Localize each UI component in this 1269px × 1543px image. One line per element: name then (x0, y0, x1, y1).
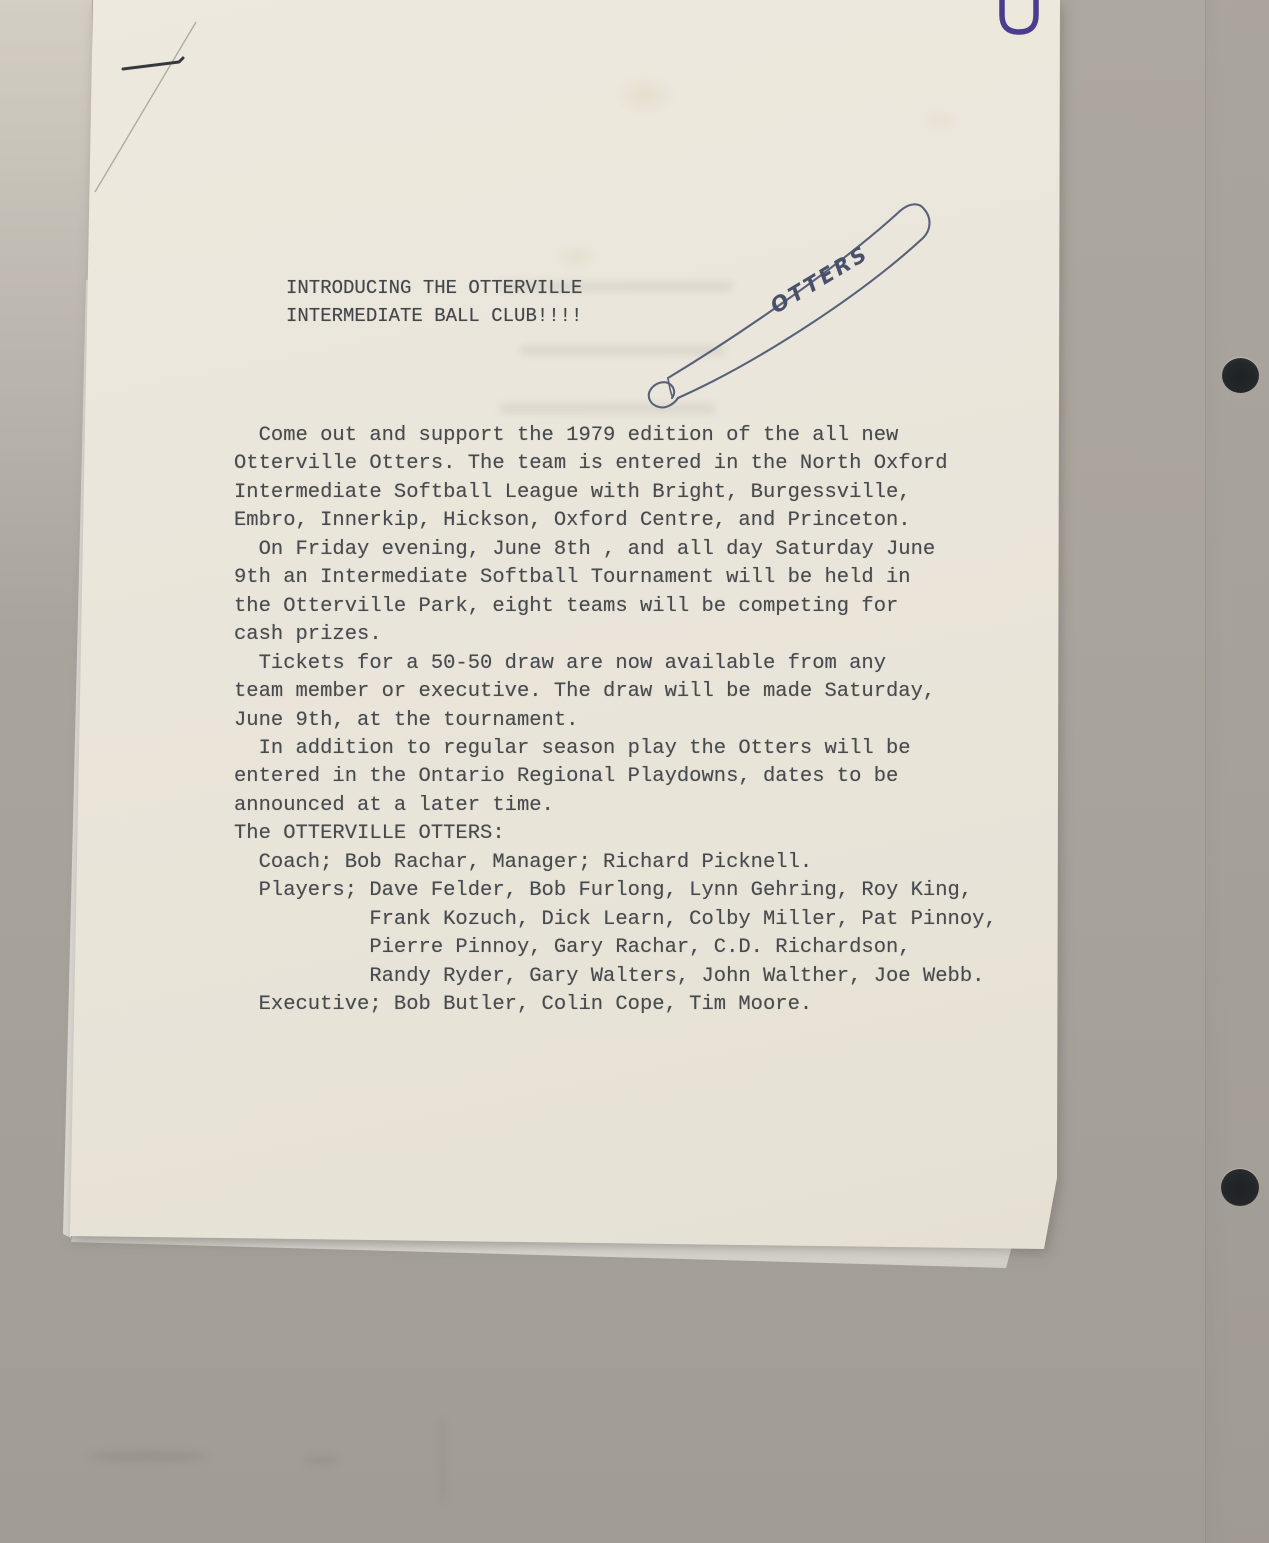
text-line: Pierre Pinnoy, Gary Rachar, C.D. Richard… (234, 934, 997, 962)
text-line: Embro, Innerkip, Hickson, Oxford Centre,… (234, 507, 997, 535)
text-line: the Otterville Park, eight teams will be… (234, 593, 997, 621)
text-line: Otterville Otters. The team is entered i… (234, 450, 997, 478)
text-line: Randy Ryder, Gary Walters, John Walther,… (234, 963, 997, 991)
text-line: 9th an Intermediate Softball Tournament … (234, 564, 997, 592)
text-line: The OTTERVILLE OTTERS: (234, 820, 997, 848)
text-line: cash prizes. (234, 621, 997, 649)
text-line: team member or executive. The draw will … (234, 678, 997, 706)
text-line: Players; Dave Felder, Bob Furlong, Lynn … (234, 877, 997, 905)
title-line-1: INTRODUCING THE OTTERVILLE (286, 274, 582, 302)
text-line: Frank Kozuch, Dick Learn, Colby Miller, … (234, 906, 997, 934)
text-line: Intermediate Softball League with Bright… (234, 479, 997, 507)
bat-label: OTTERS (766, 241, 873, 319)
title-line-2: INTERMEDIATE BALL CLUB!!!! (286, 302, 582, 330)
text-line: Come out and support the 1979 edition of… (234, 422, 997, 450)
paperclip-icon (988, 0, 1052, 44)
text-line: entered in the Ontario Regional Playdown… (234, 763, 997, 791)
document-title: INTRODUCING THE OTTERVILLE INTERMEDIATE … (286, 274, 582, 331)
text-line: Tickets for a 50-50 draw are now availab… (234, 650, 997, 678)
baseball-bat-drawing: OTTERS (642, 192, 942, 414)
text-line: In addition to regular season play the O… (234, 735, 997, 763)
fold-crease (80, 10, 210, 205)
text-line: Coach; Bob Rachar, Manager; Richard Pick… (234, 849, 997, 877)
body-text: Come out and support the 1979 edition of… (234, 422, 997, 1020)
text-line: Executive; Bob Butler, Colin Cope, Tim M… (234, 991, 997, 1019)
text-line: announced at a later time. (234, 792, 997, 820)
text-line: On Friday evening, June 8th , and all da… (234, 536, 997, 564)
text-line: June 9th, at the tournament. (234, 707, 997, 735)
bat-knob (649, 382, 678, 407)
photo-of-scrapbook-page: { "page": { "title_line1": "INTRODUCING … (0, 0, 1269, 1543)
pen-mark (115, 52, 195, 78)
